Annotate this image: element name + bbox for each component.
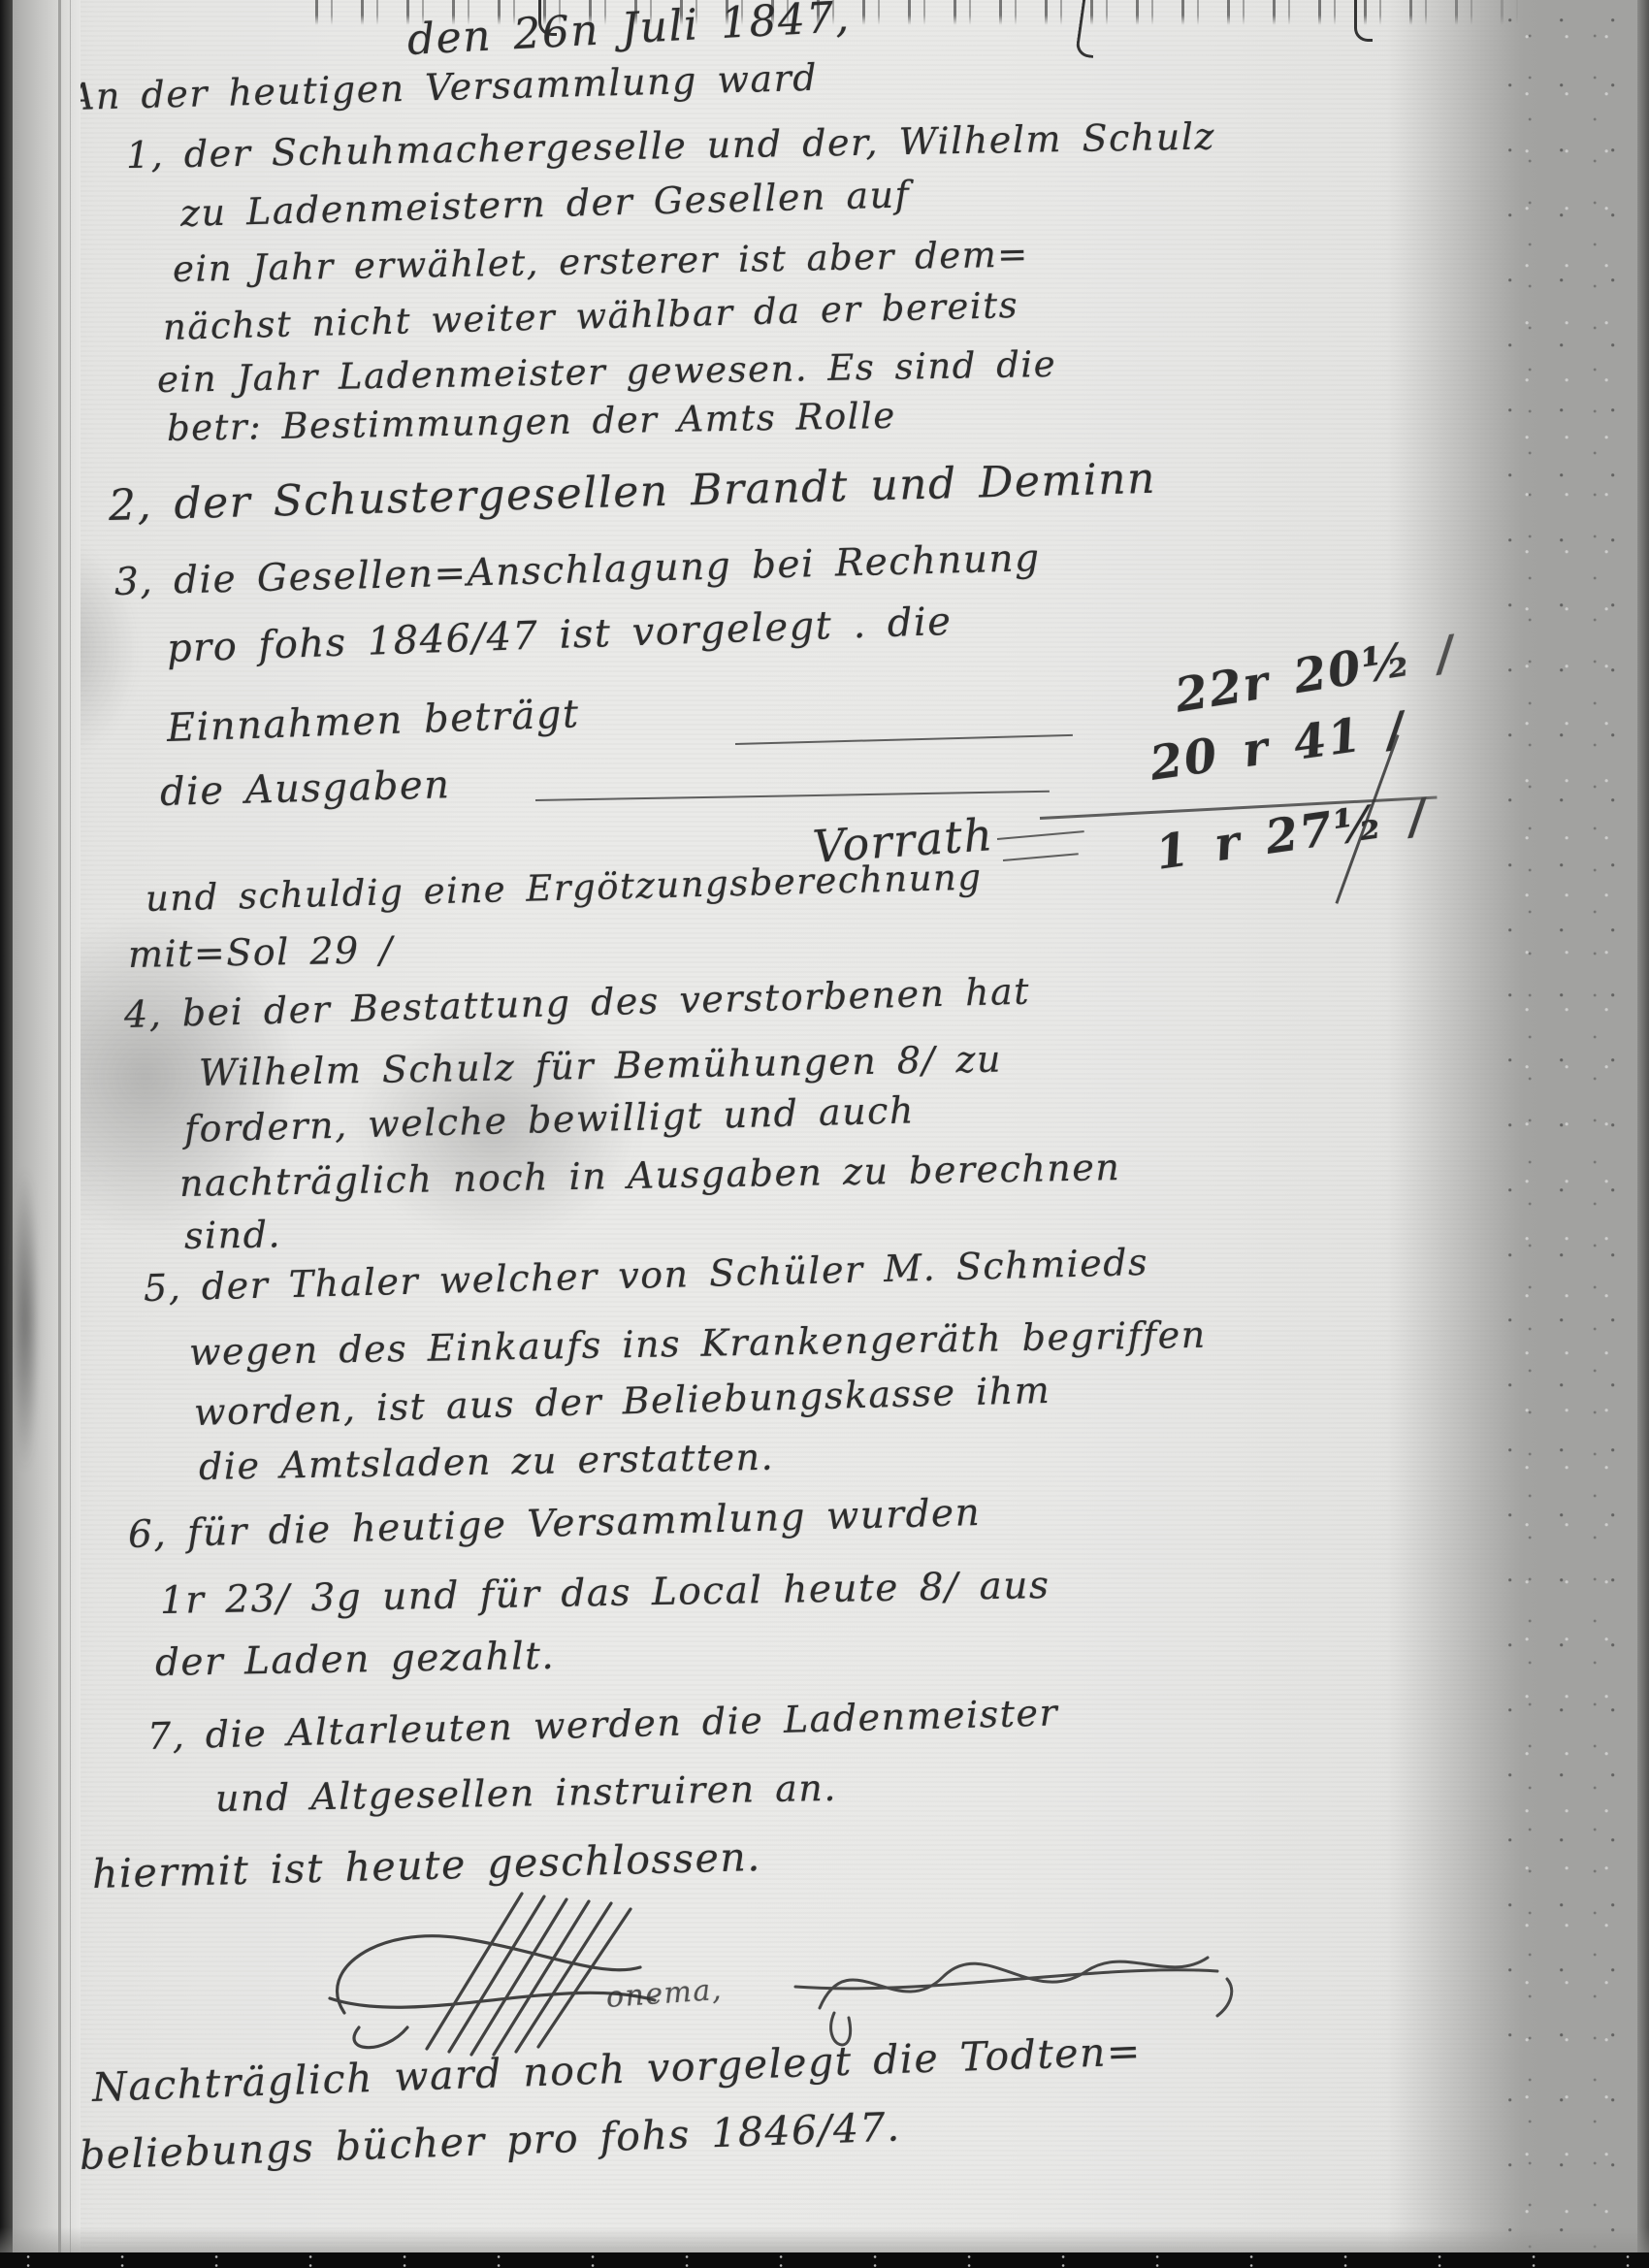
item-5-line-3: worden, ist aus der Beliebungskasse ihm <box>193 1369 1051 1434</box>
equals-line <box>1003 853 1079 861</box>
scan-noise <box>1499 0 1649 2268</box>
schuldig-value: mit=Sol 29 / <box>128 928 394 976</box>
ausgaben-label: die Ausgaben <box>159 762 451 815</box>
item-6-line-3: der Laden gezahlt. <box>155 1635 556 1685</box>
cut-off-stroke-hook <box>1354 0 1373 42</box>
scan-bottom-edge <box>0 2252 1649 2268</box>
item-1-line-4: nächst nicht weiter wählbar da er bereit… <box>162 284 1018 348</box>
binding-crease <box>70 0 71 2268</box>
item-3-line-1: 3, die Gesellen=Anschlagung bei Rechnung <box>113 536 1041 604</box>
scanned-manuscript-page: den 26n Juli 1847, An der heutigen Versa… <box>0 0 1649 2268</box>
binding-crease <box>58 0 61 2268</box>
einnahmen-label: Einnahmen beträgt <box>166 692 580 751</box>
filler-line <box>535 791 1050 801</box>
item-1-line-1: 1, der Schuhmachergeselle und der, Wilhe… <box>126 114 1216 177</box>
item-1-line-5: ein Jahr Ladenmeister gewesen. Es sind d… <box>157 343 1057 401</box>
equals-line <box>997 830 1084 840</box>
item-1-line-2: zu Ladenmeistern der Gesellen auf <box>179 173 910 235</box>
item-5-line-4: die Amtsladen zu erstatten. <box>199 1436 775 1488</box>
item-1-line-6: betr: Bestimmungen der Amts Rolle <box>167 395 896 449</box>
item-1-line-3: ein Jahr erwählet, ersterer ist aber dem… <box>173 234 1029 290</box>
item-6-line-2: 1r 23/ 3g und für das Local heute 8/ aus <box>160 1564 1051 1623</box>
item-6-line-1: 6, für die heutige Versammlung wurden <box>127 1491 981 1557</box>
intro-line: An der heutigen Versammlung ward <box>67 56 818 118</box>
postscript-line-2: beliebungs bücher pro fohs 1846/47. <box>79 2103 901 2179</box>
scan-right-edge <box>1637 0 1649 2268</box>
item-7-line-2: und Altgesellen instruiren an. <box>215 1766 838 1820</box>
binding-stain <box>6 1116 45 1523</box>
item-5-line-2: wegen des Einkaufs ins Krankengeräth beg… <box>189 1313 1207 1374</box>
signature-left-flourish <box>330 1894 655 2055</box>
item-2-line-1: 2, der Schustergesellen Brandt und Demin… <box>108 454 1156 531</box>
item-4-line-5: sind. <box>184 1213 282 1257</box>
filler-line <box>735 734 1073 745</box>
item-3-line-2: pro fohs 1846/47 ist vorgelegt . die <box>166 599 953 671</box>
item-7-line-1: 7, die Altarleuten werden die Ladenmeist… <box>146 1691 1058 1758</box>
